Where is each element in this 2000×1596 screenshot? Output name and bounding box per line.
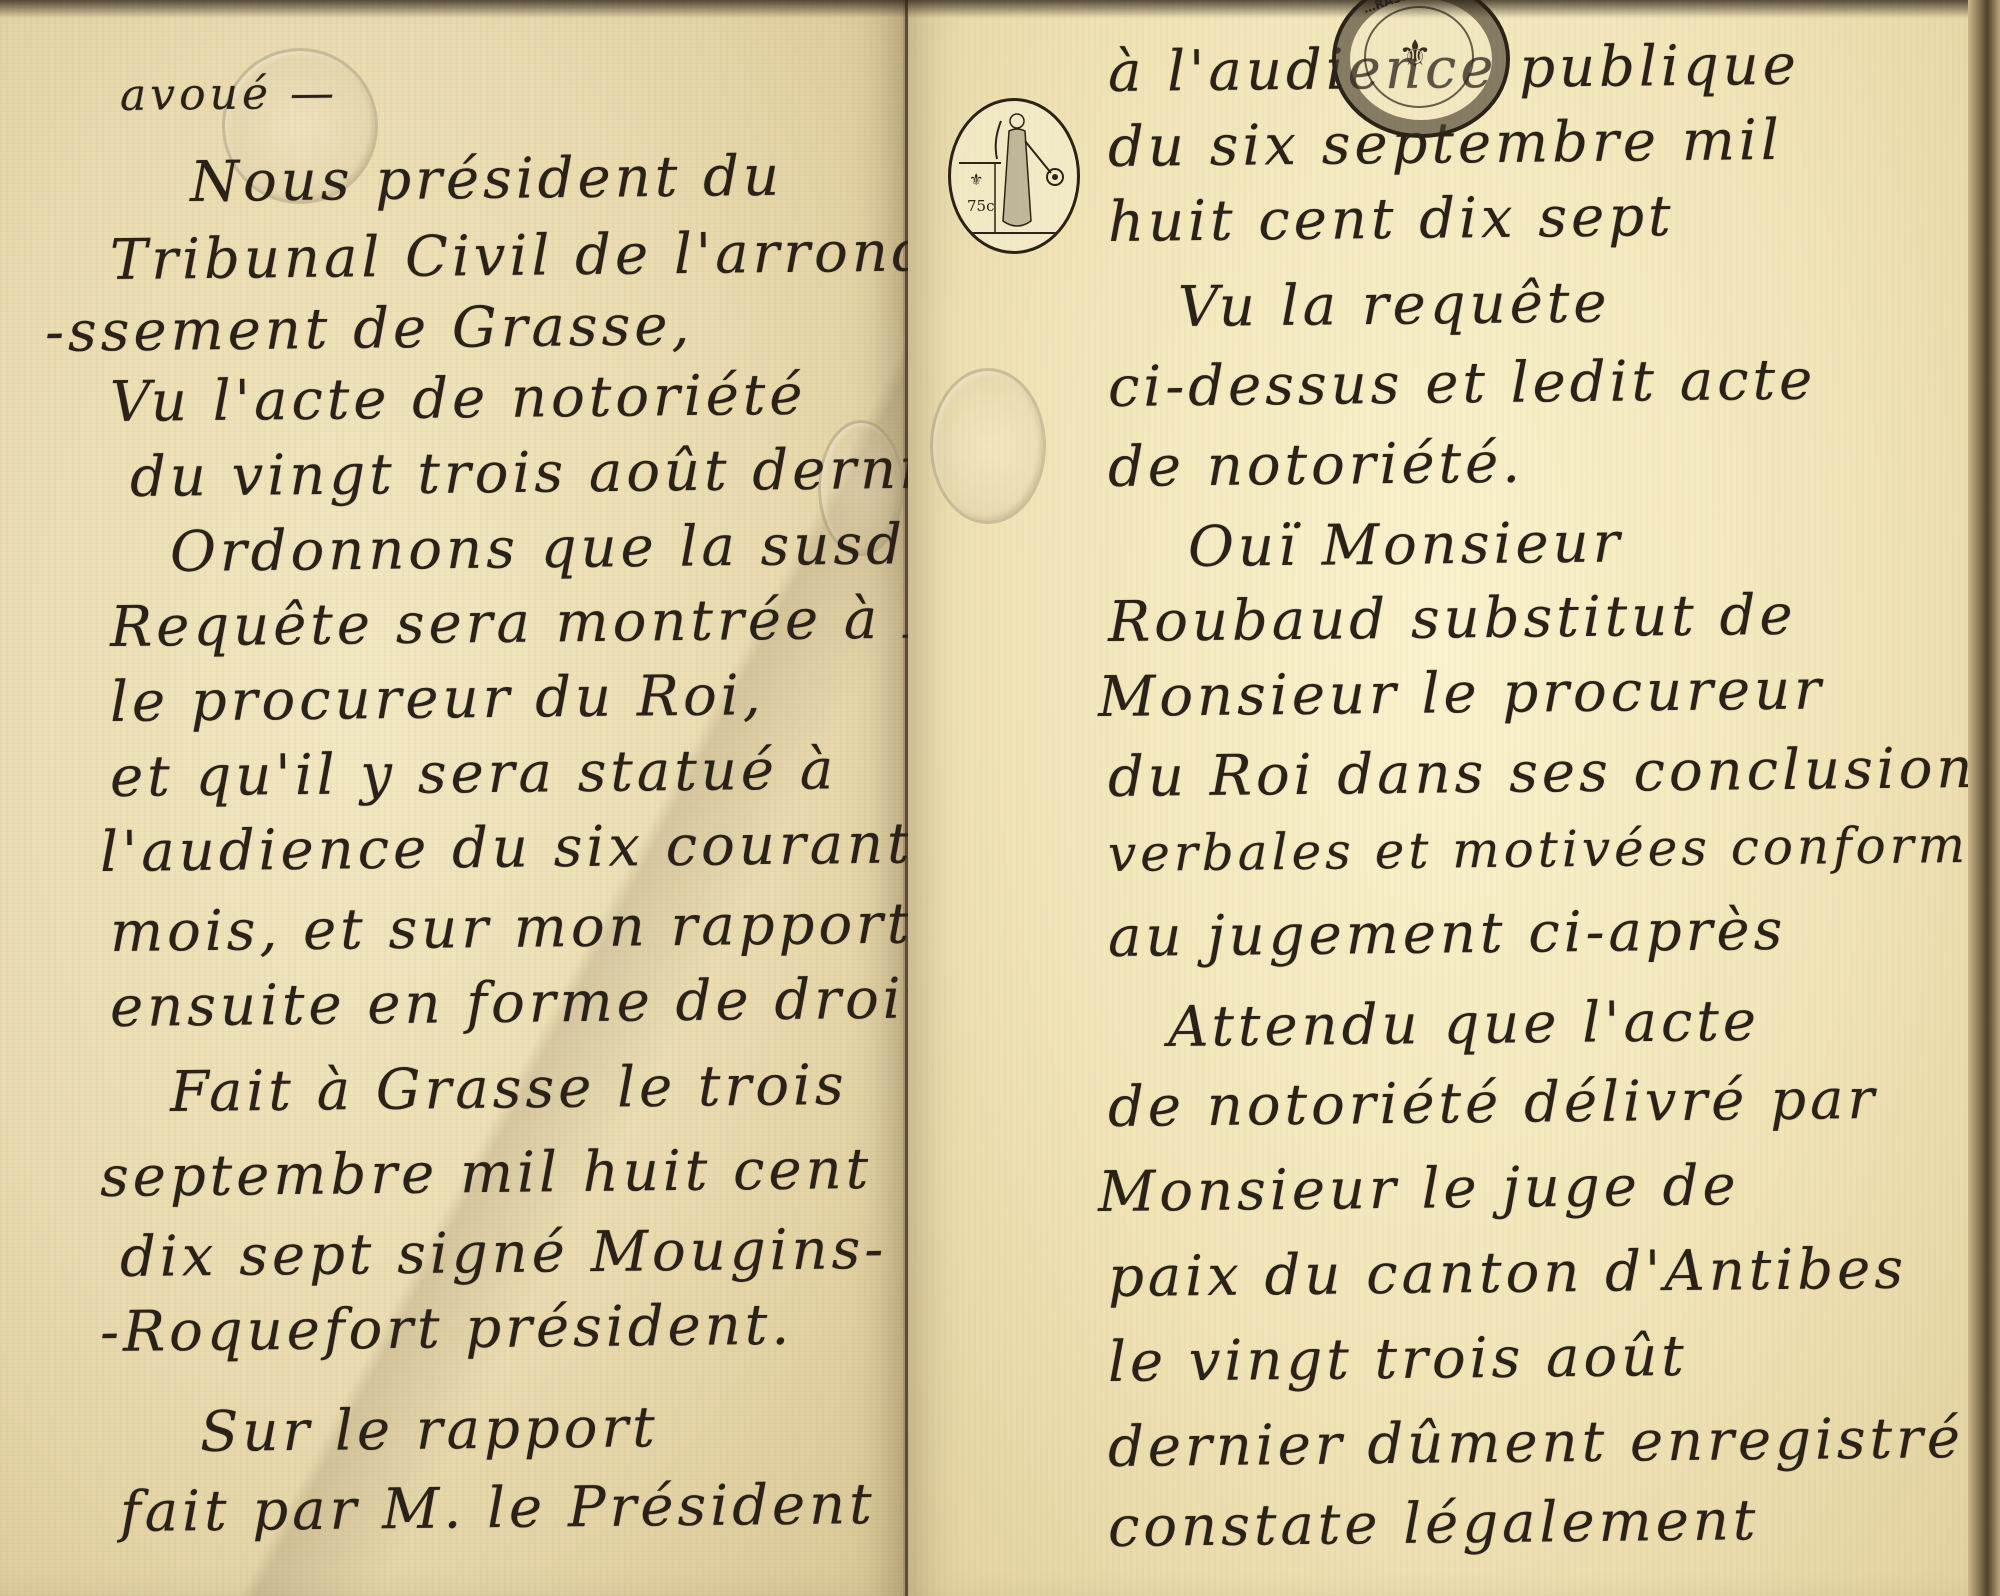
manuscript-line: Tribunal Civil de l'arrondi- <box>110 219 977 293</box>
fiscal-stamp-icon: ⚜ 75c <box>948 98 1080 254</box>
manuscript-line: de notoriété délivré par <box>1108 1067 1879 1140</box>
manuscript-line: du Roi dans ses conclusions <box>1108 736 2000 810</box>
manuscript-line: dernier dûment enregistré <box>1108 1406 1965 1480</box>
manuscript-line: avoué — <box>120 68 338 121</box>
open-register: avoué — Nous président du Tribunal Civil… <box>0 0 2000 1596</box>
manuscript-line: le procureur du Roi, <box>110 663 765 735</box>
manuscript-line: constate légalement <box>1108 1488 1760 1560</box>
manuscript-line: Fait à Grasse le trois <box>170 1053 848 1125</box>
stamp-value: 75c <box>967 197 995 215</box>
manuscript-line: -Roquefort président. <box>100 1293 794 1365</box>
manuscript-line: Nous président du <box>190 144 784 215</box>
svg-text:⚜: ⚜ <box>969 170 983 189</box>
manuscript-line: de notoriété. <box>1108 431 1525 500</box>
manuscript-line: mois, et sur mon rapport <box>110 892 914 965</box>
right-page-text: à l'audience publique du six septembre m… <box>908 0 1970 1596</box>
fleur-de-lis-icon: ⚜ <box>1398 32 1432 76</box>
manuscript-line: Ouï Monsieur <box>1188 510 1624 580</box>
manuscript-line: Roubaud substitut de <box>1108 583 1797 655</box>
manuscript-line: fait par M. le Président <box>120 1472 876 1545</box>
manuscript-line: l'audience du six courant <box>100 811 914 885</box>
manuscript-line: Vu l'acte de notoriété <box>110 363 807 435</box>
left-page: avoué — Nous président du Tribunal Civil… <box>0 0 905 1596</box>
manuscript-line: Attendu que l'acte <box>1168 989 1761 1060</box>
manuscript-line: Monsieur le procureur <box>1098 657 1826 730</box>
manuscript-line: au jugement ci-après <box>1108 898 1787 970</box>
binding-shadow <box>0 0 2000 18</box>
manuscript-line: septembre mil huit cent <box>100 1137 873 1210</box>
manuscript-line: et qu'il y sera statué à <box>110 737 838 810</box>
manuscript-line: Ordonnons que la susdite <box>170 511 992 585</box>
manuscript-line: -ssement de Grasse, <box>45 293 694 365</box>
left-page-text: avoué — Nous président du Tribunal Civil… <box>0 0 903 1596</box>
manuscript-line: Requête sera montrée à M. <box>110 586 987 660</box>
manuscript-line: paix du canton d'Antibes <box>1108 1237 1908 1310</box>
manuscript-line: Sur le rapport <box>200 1395 659 1465</box>
manuscript-line: ensuite en forme de droit. <box>110 966 954 1040</box>
right-page: à l'audience publique du six septembre m… <box>908 0 1970 1596</box>
page-edges <box>1968 0 2000 1596</box>
manuscript-line: dix sept signé Mougins- <box>120 1217 888 1290</box>
manuscript-line: huit cent dix sept <box>1108 184 1675 255</box>
manuscript-line: Monsieur le juge de <box>1098 1153 1740 1225</box>
manuscript-line: du vingt trois août dernier <box>130 436 991 510</box>
manuscript-line: verbales et motivées conformes <box>1108 815 2000 883</box>
manuscript-line: ci-dessus et ledit acte <box>1108 348 1817 420</box>
manuscript-line: le vingt trois août <box>1108 1324 1688 1395</box>
manuscript-line: Vu la requête <box>1178 270 1611 340</box>
allegorical-figure-icon: ⚜ <box>951 101 1077 251</box>
